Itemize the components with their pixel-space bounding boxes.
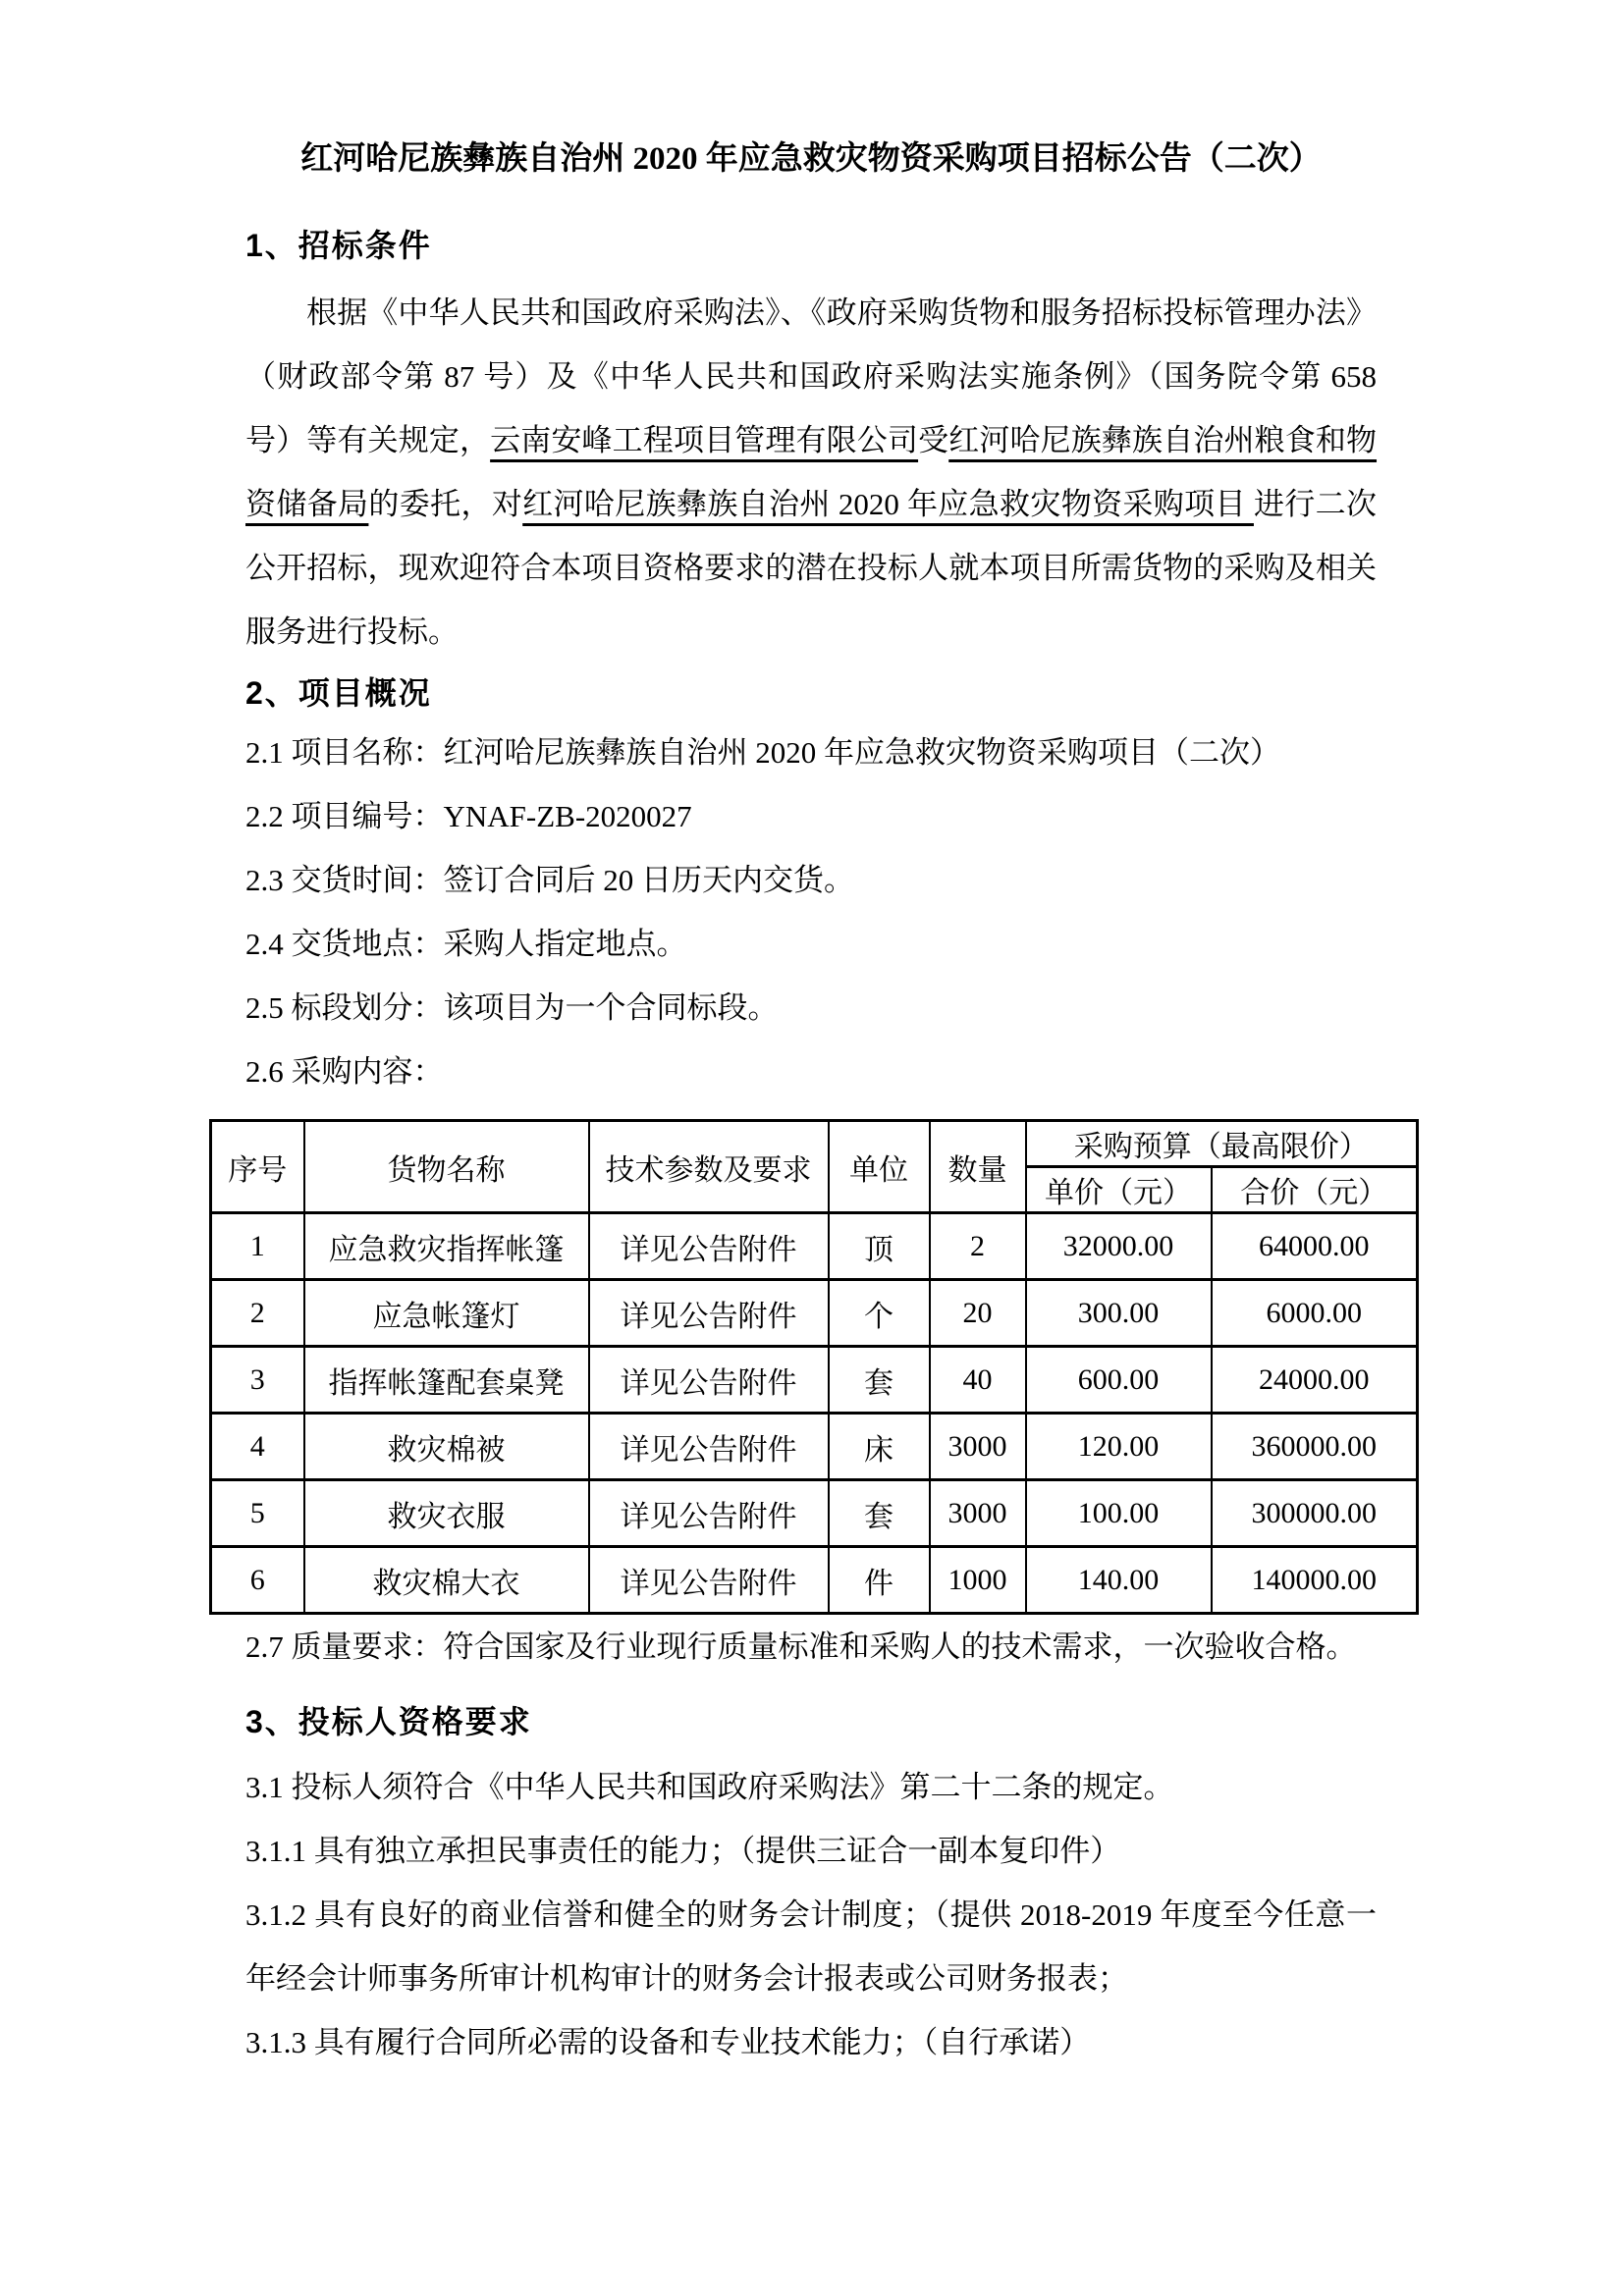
qty-cell: 40 [930,1347,1026,1414]
item-procurement-content: 2.6 采购内容： [245,1040,1377,1103]
spec-cell: 详见公告附件 [589,1414,829,1480]
total-price-cell: 300000.00 [1212,1480,1418,1547]
table-row: 6 救灾棉大衣 详见公告附件 件 1000 140.00 140000.00 [211,1547,1418,1614]
intro-segment-commission: 的委托，对 [368,487,522,521]
header-goods-name: 货物名称 [304,1121,589,1213]
item-delivery-time: 2.3 交货时间：签订合同后 20 日历天内交货。 [245,848,1377,912]
section-3-heading: 3、投标人资格要求 [245,1700,1377,1743]
document-page: 红河哈尼族彝族自治州 2020 年应急救灾物资采购项目招标公告（二次） 1、招标… [0,0,1624,2296]
table-row: 4 救灾棉被 详见公告附件 床 3000 120.00 360000.00 [211,1414,1418,1480]
unit-cell: 套 [829,1480,930,1547]
total-price-cell: 24000.00 [1212,1347,1418,1414]
table-header-row-1: 序号 货物名称 技术参数及要求 单位 数量 采购预算（最高限价） [211,1121,1418,1167]
item-delivery-place: 2.4 交货地点：采购人指定地点。 [245,912,1377,976]
unit-price-cell: 32000.00 [1026,1213,1212,1280]
total-price-cell: 360000.00 [1212,1414,1418,1480]
intro-paragraph: 根据《中华人民共和国政府采购法》、《政府采购货物和服务招标投标管理办法》（财政部… [245,281,1377,664]
section-3-items: 3.1 投标人须符合《中华人民共和国政府采购法》第二十二条的规定。 3.1.1 … [245,1755,1377,2074]
item-financial-credit: 3.1.2 具有良好的商业信誉和健全的财务会计制度；（提供 2018-2019 … [245,1883,1377,2010]
seq-cell: 5 [211,1480,304,1547]
header-budget: 采购预算（最高限价） [1026,1121,1418,1167]
header-unit: 单位 [829,1121,930,1213]
header-unit-price: 单价（元） [1026,1167,1212,1213]
total-price-cell: 140000.00 [1212,1547,1418,1614]
item-project-number: 2.2 项目编号：YNAF-ZB-2020027 [245,784,1377,848]
header-seq: 序号 [211,1121,304,1213]
table-row: 5 救灾衣服 详见公告附件 套 3000 100.00 300000.00 [211,1480,1418,1547]
header-total-price: 合价（元） [1212,1167,1418,1213]
goods-name-cell: 应急帐篷灯 [304,1280,589,1347]
unit-price-cell: 100.00 [1026,1480,1212,1547]
goods-name-cell: 救灾棉被 [304,1414,589,1480]
spec-cell: 详见公告附件 [589,1480,829,1547]
item-bidder-law-compliance: 3.1 投标人须符合《中华人民共和国政府采购法》第二十二条的规定。 [245,1755,1377,1819]
unit-price-cell: 140.00 [1026,1547,1212,1614]
qty-cell: 3000 [930,1480,1026,1547]
seq-cell: 6 [211,1547,304,1614]
procurement-table: 序号 货物名称 技术参数及要求 单位 数量 采购预算（最高限价） 单价（元） 合… [209,1119,1419,1615]
item-civil-liability: 3.1.1 具有独立承担民事责任的能力；（提供三证合一副本复印件） [245,1819,1377,1883]
seq-cell: 1 [211,1213,304,1280]
unit-cell: 顶 [829,1213,930,1280]
unit-price-cell: 600.00 [1026,1347,1212,1414]
seq-cell: 2 [211,1280,304,1347]
seq-cell: 4 [211,1414,304,1480]
intro-segment-agent-name: 云南安峰工程项目管理有限公司 [490,423,918,457]
seq-cell: 3 [211,1347,304,1414]
qty-cell: 2 [930,1213,1026,1280]
header-qty: 数量 [930,1121,1026,1213]
section-2-heading: 2、项目概况 [245,671,1377,715]
goods-name-cell: 救灾衣服 [304,1480,589,1547]
unit-cell: 套 [829,1347,930,1414]
spec-cell: 详见公告附件 [589,1547,829,1614]
document-title: 红河哈尼族彝族自治州 2020 年应急救灾物资采购项目招标公告（二次） [245,137,1377,181]
item-lot-division: 2.5 标段划分：该项目为一个合同标段。 [245,976,1377,1040]
section-1-heading: 1、招标条件 [245,224,1377,267]
total-price-cell: 6000.00 [1212,1280,1418,1347]
goods-name-cell: 应急救灾指挥帐篷 [304,1213,589,1280]
item-equipment-capability: 3.1.3 具有履行合同所必需的设备和专业技术能力；（自行承诺） [245,2010,1377,2074]
spec-cell: 详见公告附件 [589,1213,829,1280]
item-project-name: 2.1 项目名称：红河哈尼族彝族自治州 2020 年应急救灾物资采购项目（二次） [245,721,1377,784]
unit-cell: 个 [829,1280,930,1347]
table-row: 1 应急救灾指挥帐篷 详见公告附件 顶 2 32000.00 64000.00 [211,1213,1418,1280]
section-2-items: 2.1 项目名称：红河哈尼族彝族自治州 2020 年应急救灾物资采购项目（二次）… [245,721,1377,1103]
unit-price-cell: 120.00 [1026,1414,1212,1480]
unit-cell: 床 [829,1414,930,1480]
item-quality-requirement: 2.7 质量要求：符合国家及行业现行质量标准和采购人的技术需求，一次验收合格。 [245,1615,1377,1679]
total-price-cell: 64000.00 [1212,1213,1418,1280]
spec-cell: 详见公告附件 [589,1280,829,1347]
goods-name-cell: 救灾棉大衣 [304,1547,589,1614]
intro-segment-entrusted-by: 受 [918,423,948,457]
qty-cell: 1000 [930,1547,1026,1614]
table-row: 2 应急帐篷灯 详见公告附件 个 20 300.00 6000.00 [211,1280,1418,1347]
goods-name-cell: 指挥帐篷配套桌凳 [304,1347,589,1414]
header-spec: 技术参数及要求 [589,1121,829,1213]
spec-cell: 详见公告附件 [589,1347,829,1414]
unit-price-cell: 300.00 [1026,1280,1212,1347]
qty-cell: 20 [930,1280,1026,1347]
qty-cell: 3000 [930,1414,1026,1480]
unit-cell: 件 [829,1547,930,1614]
intro-segment-project-name: 红河哈尼族彝族自治州 2020 年应急救灾物资采购项目 [522,487,1254,521]
table-row: 3 指挥帐篷配套桌凳 详见公告附件 套 40 600.00 24000.00 [211,1347,1418,1414]
